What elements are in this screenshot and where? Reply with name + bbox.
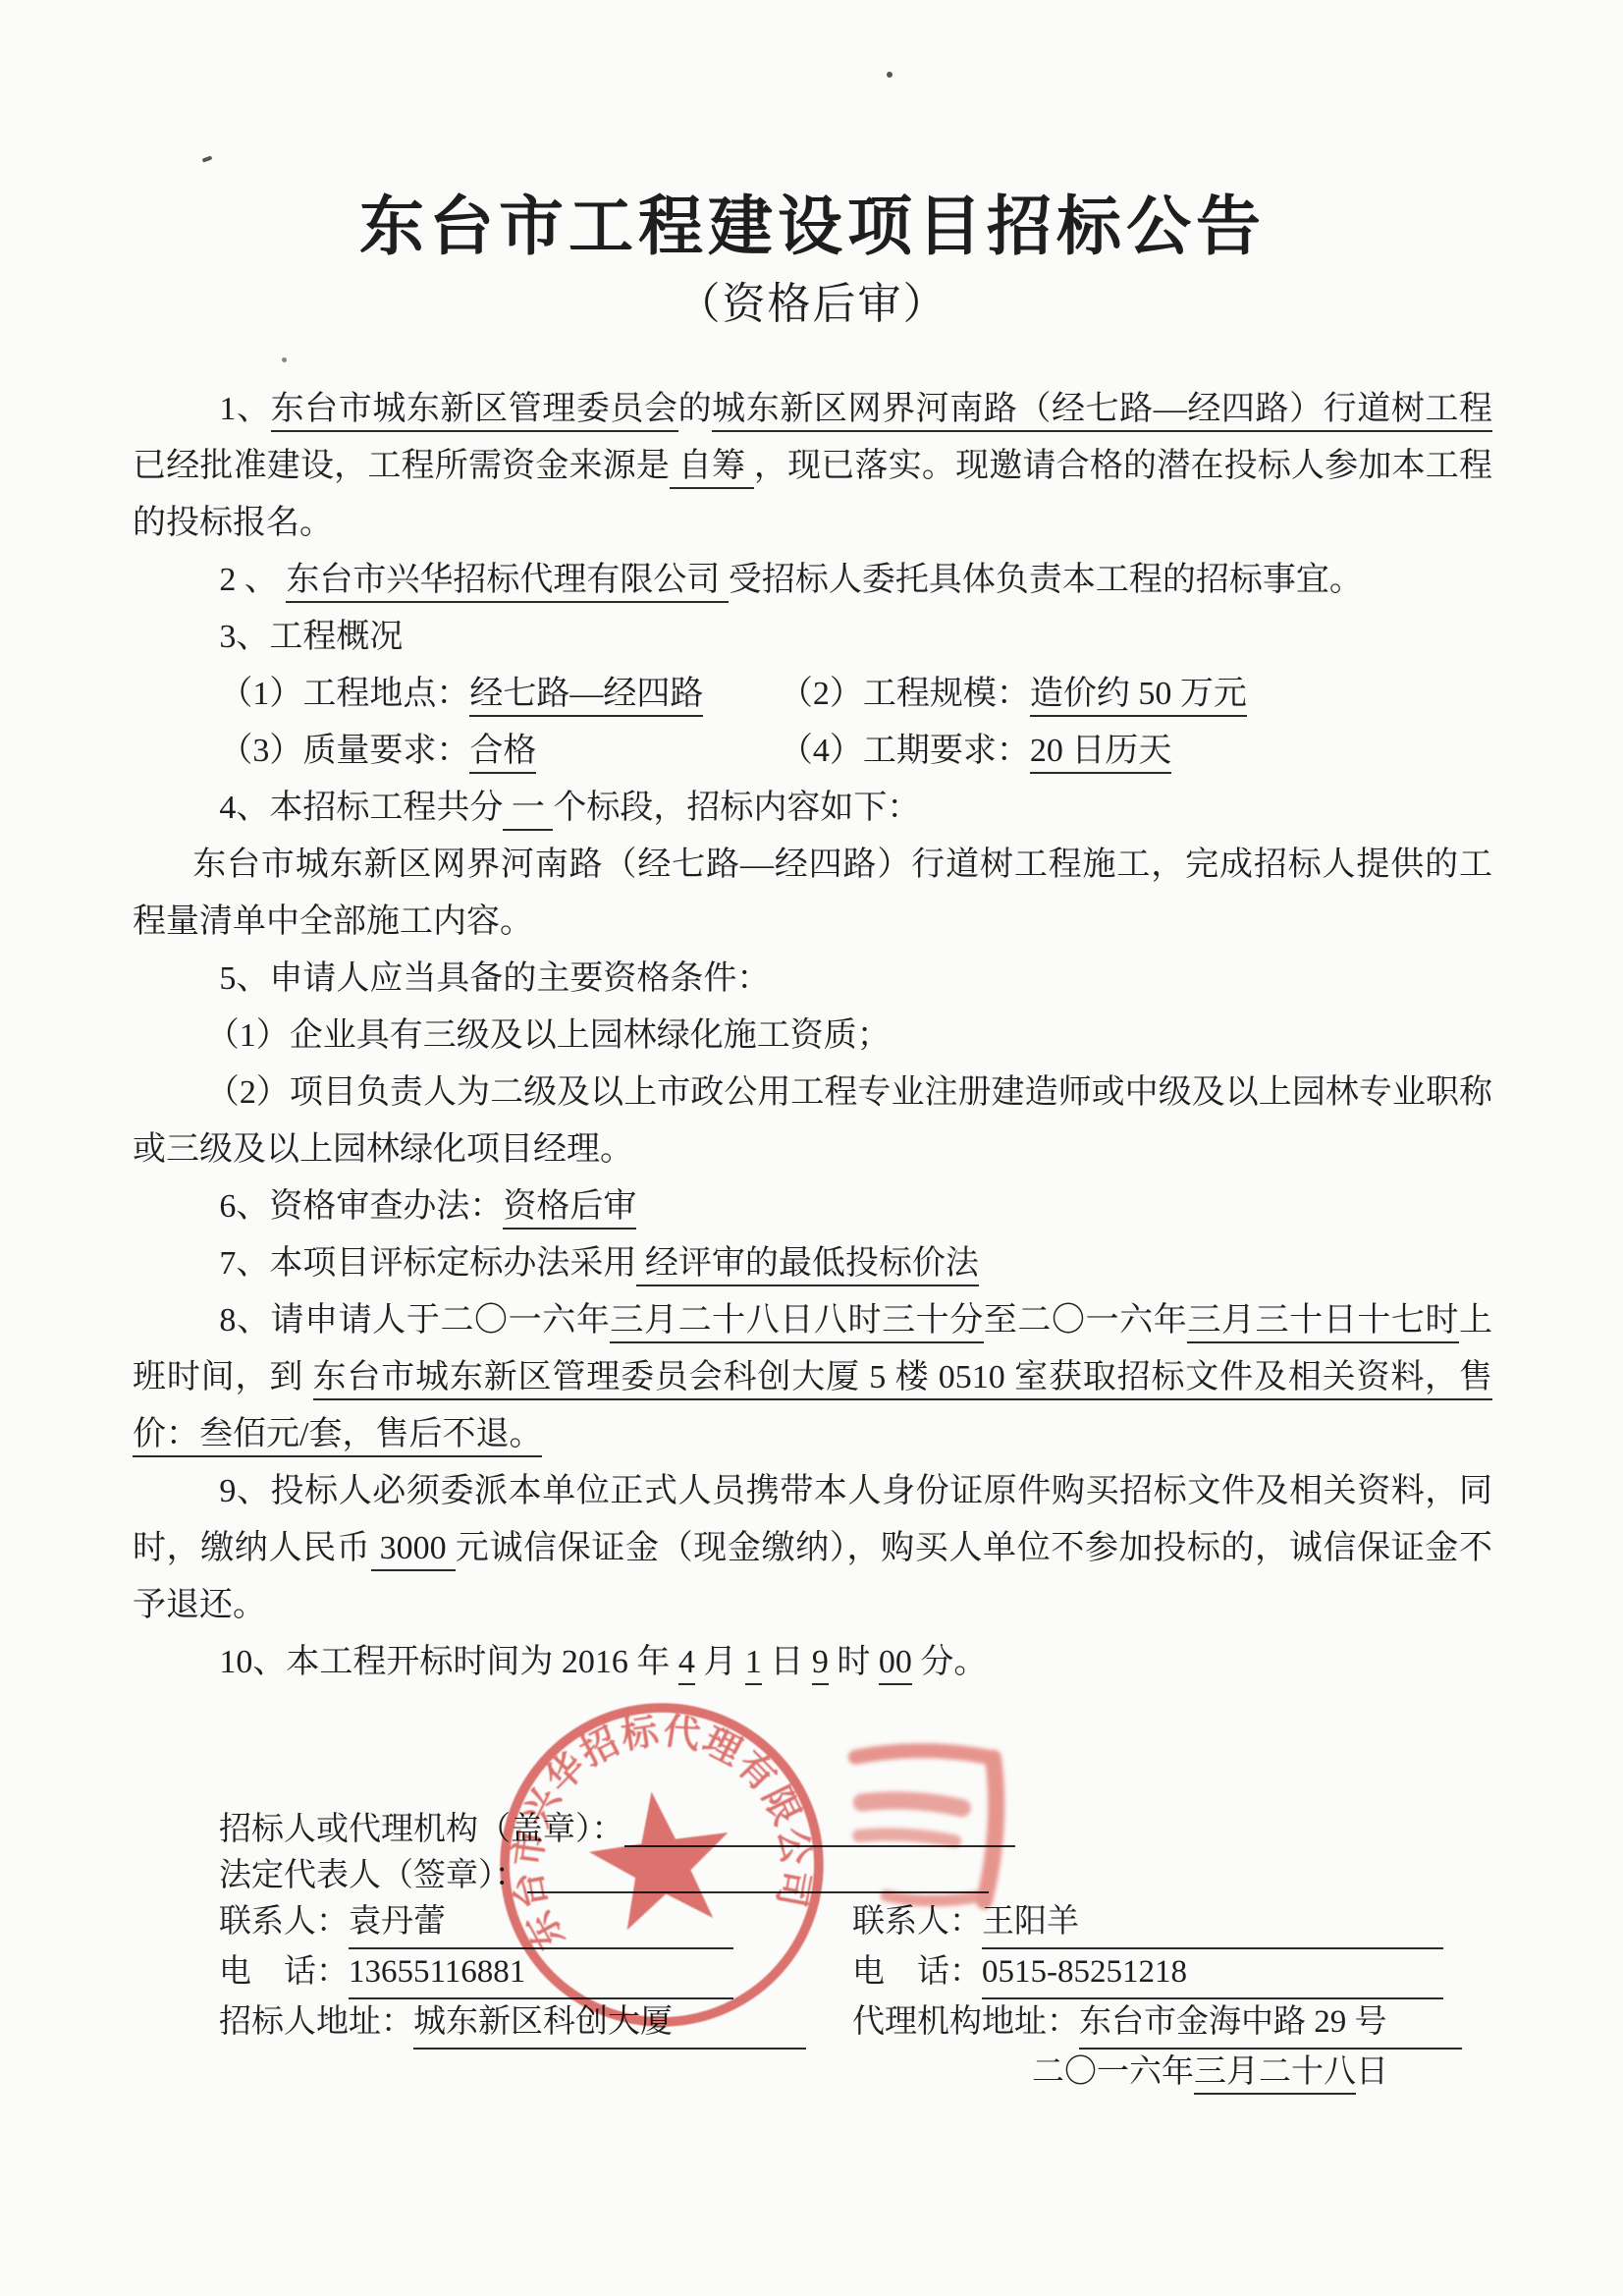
text-run: 已经批准建设，工程所需资金来源是 — [133, 448, 670, 484]
text-run: 日 — [762, 1644, 812, 1680]
text-run: 至二〇一六年 — [984, 1302, 1188, 1339]
sign-row-label: 法定代表人（签章）： — [219, 1858, 527, 1893]
sign-row: 法定代表人（签章）： — [219, 1853, 1492, 1899]
text-run: 7、本项目评标定标办法采用 — [219, 1245, 636, 1282]
tenderer-contact-name: 袁丹蕾 — [349, 1899, 733, 1949]
filled-blank: 城东新区网界河南路（经七路—经四路）行道树工程 — [712, 391, 1492, 432]
document-header: 东台市工程建设项目招标公告 （资格后审） — [133, 0, 1492, 330]
text-run: 月 — [695, 1644, 745, 1680]
paragraph: 10、本工程开标时间为 2016 年 4 月 1 日 9 时 00 分。 — [133, 1634, 1492, 1691]
contact-label: 联系人： — [219, 1904, 349, 1940]
overview-item: （1）工程地点：经七路—经四路 — [219, 666, 780, 723]
overview-item: （2）工程规模：造价约 50 万元 — [780, 666, 1492, 723]
text-run: 分。 — [912, 1644, 988, 1680]
contact-row: 联系人：袁丹蕾 联系人：王阳羊 — [219, 1899, 1492, 1949]
document-date: 二〇一六年三月二十八日 — [219, 2050, 1492, 2096]
stamp-row: 招标人或代理机构（盖章）： — [219, 1807, 1492, 1853]
overview-label: （1）工程地点： — [219, 676, 469, 712]
text-run: 东台市城东新区网界河南路（经七路—经四路）行道树工程施工，完成招标人提供的工程量… — [133, 847, 1492, 940]
stamp-row-label: 招标人或代理机构（盖章）： — [219, 1812, 624, 1847]
agency-contact-name: 王阳羊 — [982, 1899, 1443, 1949]
overview-label: （3）质量要求： — [219, 733, 469, 769]
text-run: 5、申请人应当具备的主要资格条件： — [219, 960, 770, 997]
contact-label: 联系人： — [852, 1904, 982, 1940]
date-month: 三月 — [1194, 2054, 1259, 2095]
document-body: 1、东台市城东新区管理委员会的城东新区网界河南路（经七路—经四路）行道树工程已经… — [133, 381, 1492, 1691]
filled-blank: 4 — [678, 1644, 695, 1685]
agency-phone: 电 话：0515-85251218 — [852, 1949, 1492, 1999]
project-overview-grid: （1）工程地点：经七路—经四路（2）工程规模：造价约 50 万元（3）质量要求：… — [133, 666, 1492, 780]
overview-value: 造价约 50 万元 — [1030, 676, 1247, 717]
paragraph: （2）项目负责人为二级及以上市政公用工程专业注册建造师或中级及以上园林专业职称或… — [133, 1065, 1492, 1178]
tenderer-phone-number: 13655116881 — [349, 1949, 733, 1999]
filled-blank: 1 — [745, 1644, 762, 1685]
page-subtitle: （资格后审） — [133, 279, 1492, 330]
text-run: （2）项目负责人为二级及以上市政公用工程专业注册建造师或中级及以上园林专业职称或… — [133, 1074, 1492, 1168]
paragraph: 2 、 东台市兴华招标代理有限公司 受招标人委托具体负责本工程的招标事宜。 — [133, 552, 1492, 609]
paragraph: 3、工程概况 — [133, 609, 1492, 666]
scanned-document-page: { "page": { "title": "东台市工程建设项目招标公告", "s… — [0, 0, 1623, 2296]
overview-value: 合格 — [469, 733, 536, 774]
text-run: 8、请申请人于二〇一六年 — [219, 1302, 610, 1339]
overview-item: （3）质量要求：合格 — [219, 723, 780, 780]
text-run: 的 — [678, 391, 713, 427]
paragraph: 9、投标人必须委派本单位正式人员携带本人身份证原件购买招标文件及相关资料，同时，… — [133, 1463, 1492, 1634]
filled-blank: 三月二十八日八时三十分 — [610, 1302, 983, 1343]
paragraph: 东台市城东新区网界河南路（经七路—经四路）行道树工程施工，完成招标人提供的工程量… — [133, 837, 1492, 951]
date-day: 二十八 — [1259, 2054, 1356, 2095]
filled-blank: 00 — [879, 1644, 912, 1685]
paragraph: 6、资格审查办法：资格后审 — [133, 1178, 1492, 1235]
phone-label: 电 话： — [852, 1954, 982, 1990]
address-label: 招标人地址： — [219, 2004, 413, 2040]
paragraph: 8、请申请人于二〇一六年三月二十八日八时三十分至二〇一六年三月三十日十七时上班时… — [133, 1292, 1492, 1463]
phone-row: 电 话：13655116881 电 话：0515-85251218 — [219, 1949, 1492, 1999]
filled-blank: 东台市兴华招标代理有限公司 — [286, 562, 729, 603]
filled-blank: 东台市城东新区管理委员会科创大厦 5 楼 0510 室获取招标文件及相关资料，售… — [133, 1359, 1492, 1457]
agency-address-value: 东台市金海中路 29 号 — [1079, 1999, 1462, 2050]
text-run: 6、资格审查办法： — [219, 1188, 503, 1225]
text-run: 时 — [829, 1644, 879, 1680]
address-row: 招标人地址：城东新区科创大厦 代理机构地址：东台市金海中路 29 号 — [219, 1999, 1492, 2050]
text-run: 3、工程概况 — [219, 619, 403, 655]
tenderer-phone: 电 话：13655116881 — [219, 1949, 852, 1999]
filled-blank: 三月三十日十七时 — [1187, 1302, 1459, 1343]
document-content: 东台市工程建设项目招标公告 （资格后审） 1、东台市城东新区管理委员会的城东新区… — [133, 0, 1492, 2096]
tenderer-address-value: 城东新区科创大厦 — [413, 1999, 806, 2050]
text-run: （1）企业具有三级及以上园林绿化施工资质； — [206, 1017, 891, 1054]
filled-blank: 资格后审 — [503, 1188, 636, 1230]
signature-section: 招标人或代理机构（盖章）： 法定代表人（签章）： 联系人：袁丹蕾 联系人：王阳羊… — [133, 1807, 1492, 2096]
paragraph: 7、本项目评标定标办法采用 经评审的最低投标价法 — [133, 1235, 1492, 1292]
overview-label: （4）工期要求： — [780, 733, 1030, 769]
text-run: 10、本工程开标时间为 2016 年 — [219, 1644, 678, 1680]
filled-blank: 经评审的最低投标价法 — [636, 1245, 979, 1286]
scan-speck — [282, 357, 287, 362]
agency-address: 代理机构地址：东台市金海中路 29 号 — [852, 1999, 1492, 2050]
page-title: 东台市工程建设项目招标公告 — [133, 192, 1492, 263]
filled-blank: 3000 — [371, 1530, 456, 1571]
overview-value: 20 日历天 — [1030, 733, 1172, 774]
tenderer-address: 招标人地址：城东新区科创大厦 — [219, 1999, 852, 2050]
agency-contact: 联系人：王阳羊 — [852, 1899, 1492, 1949]
overview-item: （4）工期要求：20 日历天 — [780, 723, 1492, 780]
filled-blank: 自筹 — [670, 448, 754, 489]
paragraph: （1）企业具有三级及以上园林绿化施工资质； — [133, 1008, 1492, 1065]
stamp-blank-line — [624, 1816, 1015, 1847]
address-label: 代理机构地址： — [852, 2004, 1079, 2040]
phone-label: 电 话： — [219, 1954, 349, 1990]
text-run: 个标段，招标内容如下： — [553, 790, 920, 826]
tenderer-contact: 联系人：袁丹蕾 — [219, 1899, 852, 1949]
text-run: 2 、 — [219, 562, 286, 598]
paragraph: 4、本招标工程共分 一 个标段，招标内容如下： — [133, 780, 1492, 837]
overview-label: （2）工程规模： — [780, 676, 1030, 712]
filled-blank: 东台市城东新区管理委员会 — [271, 391, 678, 432]
paragraph: 1、东台市城东新区管理委员会的城东新区网界河南路（经七路—经四路）行道树工程已经… — [133, 381, 1492, 552]
text-run: 1、 — [219, 391, 270, 427]
scan-speck — [887, 72, 893, 78]
date-suffix: 日 — [1356, 2054, 1388, 2090]
agency-phone-number: 0515-85251218 — [982, 1949, 1443, 1999]
sign-blank-line — [527, 1862, 989, 1893]
filled-blank: 一 — [503, 790, 553, 831]
text-run: 4、本招标工程共分 — [219, 790, 503, 826]
filled-blank: 9 — [812, 1644, 829, 1685]
text-run: 受招标人委托具体负责本工程的招标事宜。 — [729, 562, 1363, 598]
overview-value: 经七路—经四路 — [469, 676, 703, 717]
date-prefix: 二〇一六年 — [1032, 2054, 1194, 2090]
paragraph: 5、申请人应当具备的主要资格条件： — [133, 951, 1492, 1008]
